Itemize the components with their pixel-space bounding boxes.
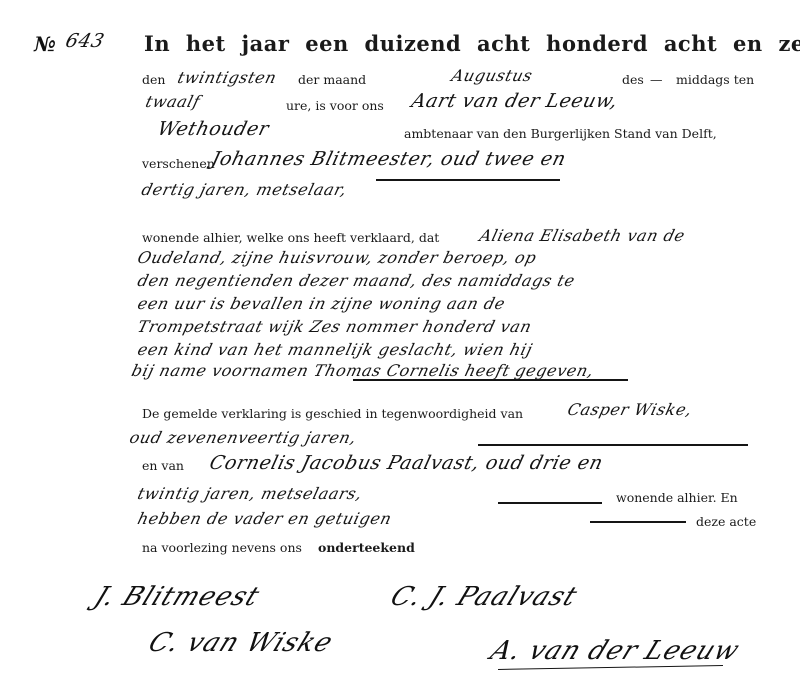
handwritten-line-9: den negentienden dezer maand, des namidd… [136, 271, 578, 290]
handwritten-mother: Aliena Elisabeth van de [478, 226, 688, 245]
text-deze-acte: deze acte [696, 514, 756, 529]
handwritten-hour: twaalf [144, 92, 203, 111]
handwritten-official-name: Aart van der Leeuw, [409, 90, 620, 112]
text-ure-voor-ons: ure, is voor ons [286, 98, 384, 113]
header-line: In het jaar een duizend acht honderd ach… [144, 31, 800, 56]
text-dash: — [650, 72, 663, 87]
underline-declarant [376, 179, 560, 181]
handwritten-witness-1: Casper Wiske, [566, 400, 695, 419]
document-page: № 643 In het jaar een duizend acht honde… [0, 0, 800, 700]
text-verschenen: verschenen [142, 156, 215, 171]
handwritten-signers: hebben de vader en getuigen [136, 509, 394, 528]
fill-line-signers [590, 521, 686, 523]
text-en-van: en van [142, 458, 184, 473]
text-wonende-alhier-en: wonende alhier. En [616, 490, 738, 505]
text-des: des [622, 72, 644, 87]
record-number-label: № [34, 32, 56, 56]
handwritten-line-8: Oudeland, zijne huisvrouw, zonder beroep… [136, 248, 539, 267]
handwritten-witness-1-age: oud zevenenveertig jaren, [128, 428, 359, 447]
handwritten-witness-2: Cornelis Jacobus Paalvast, oud drie en [207, 452, 605, 474]
signature-witness-1: C. van Wiske [144, 628, 338, 658]
fill-line-witness-2 [498, 502, 602, 504]
text-den: den [142, 72, 165, 87]
text-na-voorlezing: na voorlezing nevens ons [142, 540, 302, 555]
handwritten-declarant: Johannes Blitmeester, oud twee en [209, 148, 568, 170]
handwritten-line-10: een uur is bevallen in zijne woning aan … [136, 294, 508, 313]
text-onderteekend: onderteekend [318, 540, 415, 555]
handwritten-witness-2-age: twintig jaren, metselaars, [136, 484, 365, 503]
fill-line-witness-1 [478, 444, 748, 446]
handwritten-official-title: Wethouder [155, 118, 271, 140]
handwritten-line-12: een kind van het mannelijk geslacht, wie… [136, 340, 535, 359]
handwritten-day: twintigsten [176, 68, 279, 87]
handwritten-line-13: bij name voornamen Thomas Cornelis heeft… [130, 361, 596, 380]
text-der-maand: der maand [298, 72, 366, 87]
signature-official: A. van der Leeuw [486, 636, 744, 666]
signature-witness-2: C. J. Paalvast [386, 582, 582, 612]
text-gemelde-verklaring: De gemelde verklaring is geschied in teg… [142, 406, 523, 421]
signature-declarant: J. Blitmeest [90, 582, 264, 612]
handwritten-line-11: Trompetstraat wijk Zes nommer honderd va… [136, 317, 534, 336]
record-number: 643 [63, 30, 107, 52]
handwritten-month: Augustus [450, 66, 535, 85]
text-ambtenaar: ambtenaar van den Burgerlijken Stand van… [404, 126, 717, 141]
underline-child-name [353, 379, 628, 381]
text-wonende-verklaard: wonende alhier, welke ons heeft verklaar… [142, 230, 439, 245]
handwritten-age-occupation: dertig jaren, metselaar, [140, 180, 349, 199]
text-middags-ten: middags ten [676, 72, 754, 87]
